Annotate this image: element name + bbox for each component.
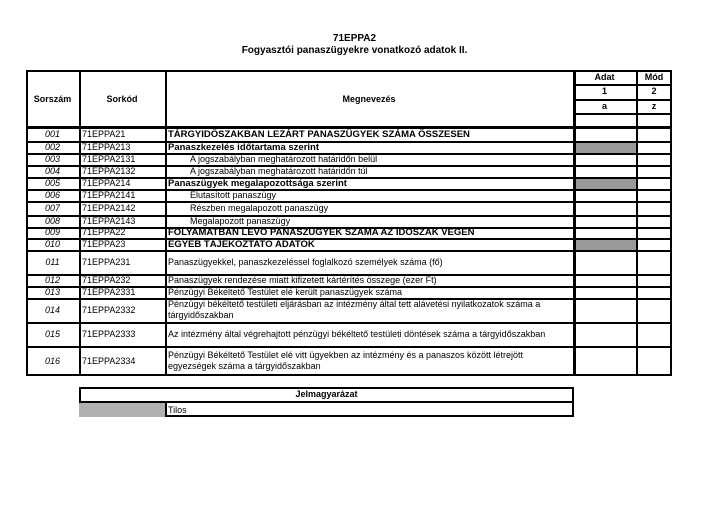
- adat-input-cell[interactable]: [573, 201, 636, 215]
- row-megnevezes: Részben megalapozott panaszügy: [165, 201, 573, 215]
- row-megnevezes: Pénzügyi békéltető testületi eljárásban …: [165, 298, 573, 322]
- mod-input-cell[interactable]: [636, 141, 672, 153]
- row-sorkod: 71EPPA2333: [79, 322, 165, 346]
- row-megnevezes: FOLYAMATBAN LÉVŐ PANASZÜGYEK SZÁMA AZ ID…: [165, 227, 573, 238]
- adat-input-cell[interactable]: [573, 274, 636, 286]
- header-mod: Mód: [636, 70, 672, 84]
- mod-input-cell[interactable]: [636, 215, 672, 227]
- row-sorkod: 71EPPA214: [79, 177, 165, 189]
- row-sorszam: 010: [26, 238, 79, 250]
- row-sorkod: 71EPPA2131: [79, 153, 165, 165]
- row-sorkod: 71EPPA2142: [79, 201, 165, 215]
- adat-input-cell[interactable]: [573, 165, 636, 177]
- row-divider: [573, 99, 672, 101]
- row-megnevezes: Panaszügyek megalapozottsága szerint: [165, 177, 573, 189]
- mod-input-cell[interactable]: [636, 274, 672, 286]
- adat-input-cell[interactable]: [573, 322, 636, 346]
- row-sorszam: 014: [26, 298, 79, 322]
- row-sorkod: 71EPPA2332: [79, 298, 165, 322]
- row-sorkod: 71EPPA232: [79, 274, 165, 286]
- row-megnevezes: TÁRGYIDŐSZAKBAN LEZÁRT PANASZÜGYEK SZÁMA…: [165, 128, 573, 141]
- row-sorszam: 012: [26, 274, 79, 286]
- legend-label: Tilos: [166, 403, 572, 417]
- row-sorkod: 71EPPA21: [79, 128, 165, 141]
- row-megnevezes: Az intézmény által végrehajtott pénzügyi…: [165, 322, 573, 346]
- adat-input-cell[interactable]: [573, 189, 636, 201]
- row-sorszam: 001: [26, 128, 79, 141]
- form-title: Fogyasztói panaszügyekre vonatkozó adato…: [0, 45, 709, 56]
- adat-cell-forbidden: [573, 141, 636, 153]
- row-sorkod: 71EPPA2143: [79, 215, 165, 227]
- row-megnevezes: Panaszkezelés időtartama szerint: [165, 141, 573, 153]
- row-sorkod: 71EPPA2132: [79, 165, 165, 177]
- row-megnevezes: Elutasított panaszügy: [165, 189, 573, 201]
- row-megnevezes: Panaszügyekkel, panaszkezeléssel foglalk…: [165, 250, 573, 274]
- adat-input-cell[interactable]: [573, 286, 636, 298]
- adat-cell-forbidden: [573, 238, 636, 250]
- mod-input-cell[interactable]: [636, 298, 672, 322]
- legend-swatch-forbidden: [79, 403, 165, 417]
- row-sorszam: 003: [26, 153, 79, 165]
- adat-input-cell[interactable]: [573, 298, 636, 322]
- row-sorszam: 015: [26, 322, 79, 346]
- mod-input-cell[interactable]: [636, 346, 672, 376]
- row-megnevezes: Megalapozott panaszügy: [165, 215, 573, 227]
- row-megnevezes: A jogszabályban meghatározott határidőn …: [165, 165, 573, 177]
- form-code: 71EPPA2: [0, 33, 709, 44]
- row-divider: [573, 113, 672, 115]
- row-megnevezes: A jogszabályban meghatározott határidőn …: [165, 153, 573, 165]
- adat-input-cell[interactable]: [573, 227, 636, 238]
- row-divider: [573, 84, 672, 86]
- mod-input-cell[interactable]: [636, 227, 672, 238]
- row-megnevezes: Pénzügyi Békéltető Testület elé vitt ügy…: [165, 346, 573, 376]
- row-sorkod: 71EPPA2141: [79, 189, 165, 201]
- row-sorkod: 71EPPA23: [79, 238, 165, 250]
- header-adat: Adat: [573, 70, 636, 84]
- row-sorszam: 005: [26, 177, 79, 189]
- header-mod-number: 2: [636, 84, 672, 99]
- row-sorkod: 71EPPA213: [79, 141, 165, 153]
- mod-input-cell[interactable]: [636, 153, 672, 165]
- mod-input-cell[interactable]: [636, 322, 672, 346]
- adat-cell-forbidden: [573, 177, 636, 189]
- adat-input-cell[interactable]: [573, 215, 636, 227]
- row-sorszam: 009: [26, 227, 79, 238]
- row-megnevezes: Pénzügyi Békéltető Testület elé került p…: [165, 286, 573, 298]
- adat-input-cell[interactable]: [573, 346, 636, 376]
- column-divider: [165, 70, 167, 376]
- header-megnevezes: Megnevezés: [165, 70, 573, 128]
- mod-input-cell[interactable]: [636, 128, 672, 141]
- row-sorszam: 008: [26, 215, 79, 227]
- mod-input-cell[interactable]: [636, 201, 672, 215]
- row-sorkod: 71EPPA22: [79, 227, 165, 238]
- mod-input-cell[interactable]: [636, 177, 672, 189]
- row-sorszam: 013: [26, 286, 79, 298]
- adat-input-cell[interactable]: [573, 128, 636, 141]
- row-sorszam: 007: [26, 201, 79, 215]
- header-sorszam: Sorszám: [26, 70, 79, 128]
- column-divider: [573, 70, 576, 376]
- header-adat-number: 1: [573, 84, 636, 99]
- mod-input-cell[interactable]: [636, 286, 672, 298]
- row-sorszam: 011: [26, 250, 79, 274]
- row-sorszam: 006: [26, 189, 79, 201]
- mod-input-cell[interactable]: [636, 250, 672, 274]
- mod-input-cell[interactable]: [636, 165, 672, 177]
- row-sorkod: 71EPPA2334: [79, 346, 165, 376]
- column-divider: [79, 70, 81, 376]
- header-mod-type: z: [636, 99, 672, 113]
- mod-input-cell[interactable]: [636, 189, 672, 201]
- legend-table: JelmagyarázatTilos: [79, 387, 574, 417]
- legend-title: Jelmagyarázat: [79, 387, 574, 402]
- mod-input-cell[interactable]: [636, 238, 672, 250]
- row-megnevezes: EGYÉB TÁJÉKOZTATÓ ADATOK: [165, 238, 573, 250]
- data-table: SorszámSorkódMegnevezésAdatMód12az00171E…: [26, 70, 672, 376]
- adat-input-cell[interactable]: [573, 250, 636, 274]
- row-megnevezes: Panaszügyek rendezése miatt kifizetett k…: [165, 274, 573, 286]
- row-sorkod: 71EPPA2331: [79, 286, 165, 298]
- row-sorszam: 002: [26, 141, 79, 153]
- row-sorszam: 004: [26, 165, 79, 177]
- column-divider: [636, 70, 638, 376]
- adat-input-cell[interactable]: [573, 153, 636, 165]
- header-adat-type: a: [573, 99, 636, 113]
- row-sorszam: 016: [26, 346, 79, 376]
- header-sorkod: Sorkód: [79, 70, 165, 128]
- row-sorkod: 71EPPA231: [79, 250, 165, 274]
